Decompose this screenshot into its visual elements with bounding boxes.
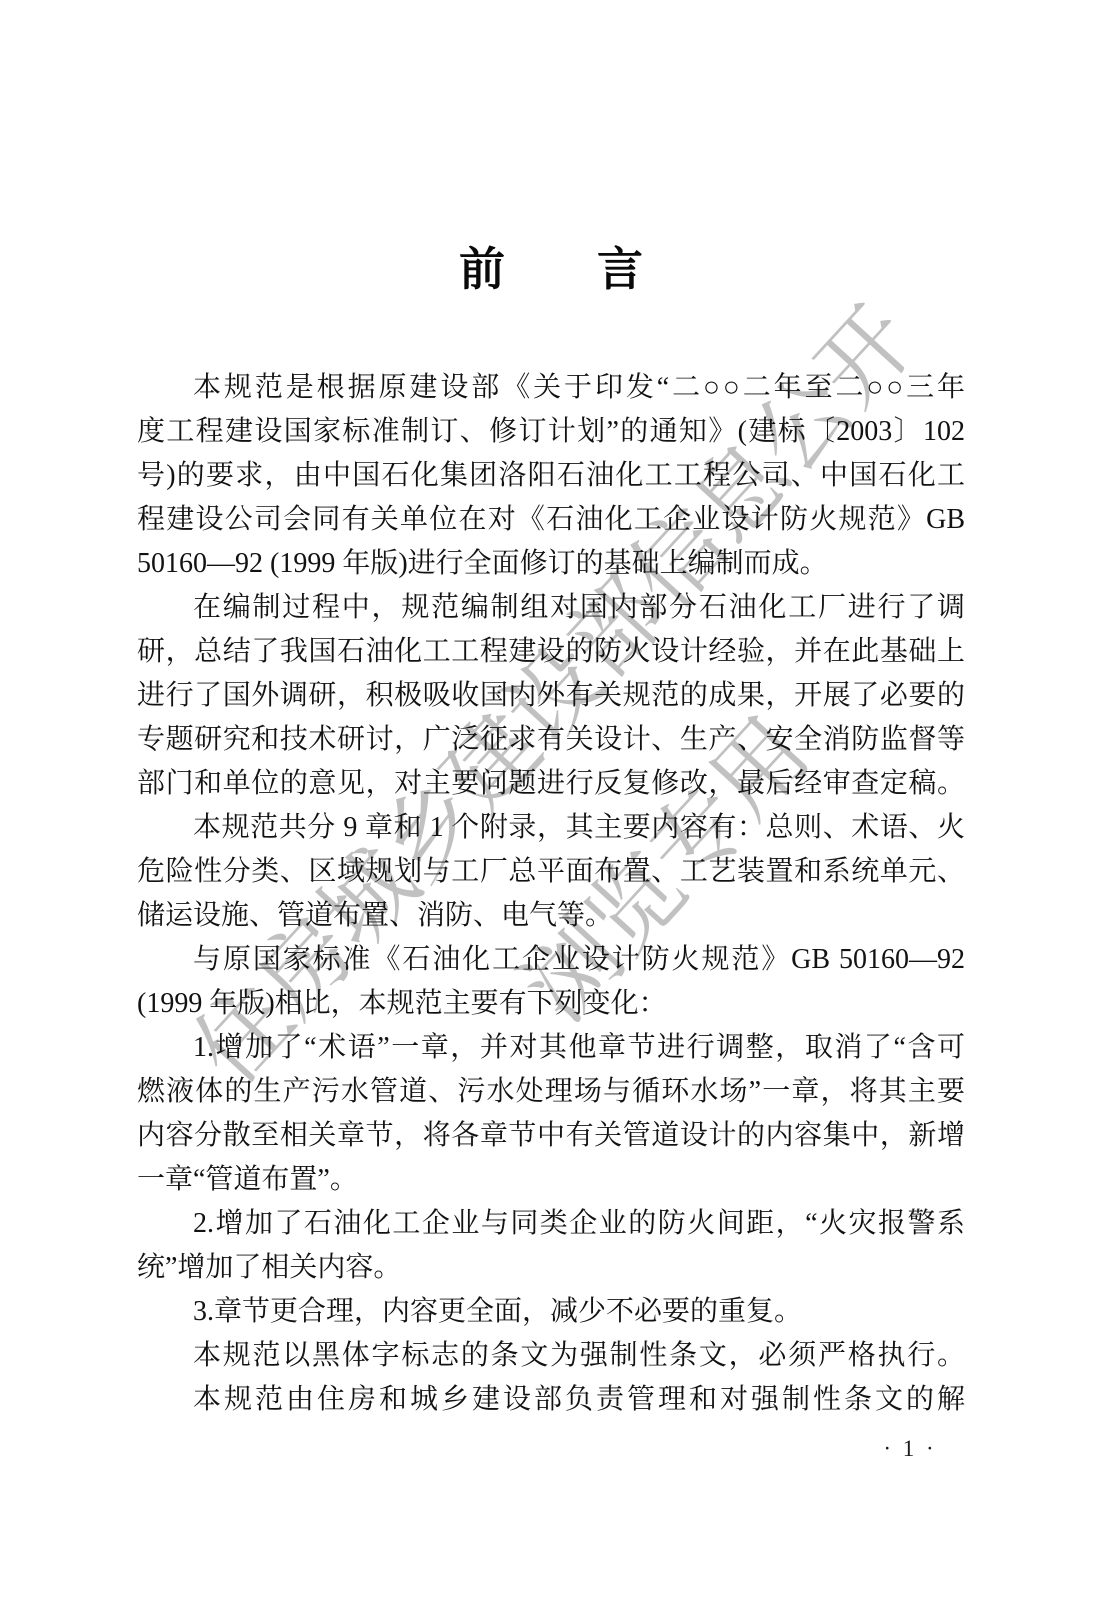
text-line: 危险性分类、区域规划与工厂总平面布置、工艺装置和系统单元、 bbox=[137, 850, 965, 894]
text-line: 程建设公司会同有关单位在对《石油化工企业设计防火规范》GB bbox=[137, 498, 965, 542]
text-line: 统”增加了相关内容。 bbox=[137, 1246, 965, 1290]
text-line: 专题研究和技术研讨，广泛征求有关设计、生产、安全消防监督等 bbox=[137, 718, 965, 762]
text-line: 1.增加了“术语”一章，并对其他章节进行调整，取消了“含可 bbox=[137, 1026, 965, 1070]
foreword-body: 本规范是根据原建设部《关于印发“二○○二年至二○○三年度工程建设国家标准制订、修… bbox=[137, 366, 965, 1422]
text-line: 研，总结了我国石油化工工程建设的防火设计经验，并在此基础上 bbox=[137, 630, 965, 674]
text-line: 部门和单位的意见，对主要问题进行反复修改，最后经审查定稿。 bbox=[137, 762, 965, 806]
text-line: 2.增加了石油化工企业与同类企业的防火间距，“火灾报警系 bbox=[137, 1202, 965, 1246]
text-line: 一章“管道布置”。 bbox=[137, 1158, 965, 1202]
text-line: 本规范是根据原建设部《关于印发“二○○二年至二○○三年 bbox=[137, 366, 965, 410]
text-line: 储运设施、管道布置、消防、电气等。 bbox=[137, 894, 965, 938]
text-line: 本规范由住房和城乡建设部负责管理和对强制性条文的解 bbox=[137, 1378, 965, 1422]
page-title: 前 言 bbox=[0, 240, 1102, 298]
text-line: 号)的要求，由中国石化集团洛阳石油化工工程公司、中国石化工 bbox=[137, 454, 965, 498]
document-page: 住房城乡建设部信息公开 浏览专用 前 言 本规范是根据原建设部《关于印发“二○○… bbox=[0, 0, 1102, 1598]
text-line: 在编制过程中，规范编制组对国内部分石油化工厂进行了调 bbox=[137, 586, 965, 630]
text-line: 内容分散至相关章节，将各章节中有关管道设计的内容集中，新增 bbox=[137, 1114, 965, 1158]
page-number: · 1 · bbox=[860, 1434, 960, 1464]
text-line: (1999 年版)相比，本规范主要有下列变化： bbox=[137, 982, 965, 1026]
text-line: 本规范以黑体字标志的条文为强制性条文，必须严格执行。 bbox=[137, 1334, 965, 1378]
text-line: 与原国家标准《石油化工企业设计防火规范》GB 50160—92 bbox=[137, 938, 965, 982]
text-line: 50160—92 (1999 年版)进行全面修订的基础上编制而成。 bbox=[137, 542, 965, 586]
text-line: 度工程建设国家标准制订、修订计划”的通知》(建标〔2003〕102 bbox=[137, 410, 965, 454]
text-line: 燃液体的生产污水管道、污水处理场与循环水场”一章，将其主要 bbox=[137, 1070, 965, 1114]
text-line: 进行了国外调研，积极吸收国内外有关规范的成果，开展了必要的 bbox=[137, 674, 965, 718]
text-line: 本规范共分 9 章和 1 个附录，其主要内容有：总则、术语、火灾 bbox=[137, 806, 965, 850]
text-line: 3.章节更合理，内容更全面，减少不必要的重复。 bbox=[137, 1290, 965, 1334]
